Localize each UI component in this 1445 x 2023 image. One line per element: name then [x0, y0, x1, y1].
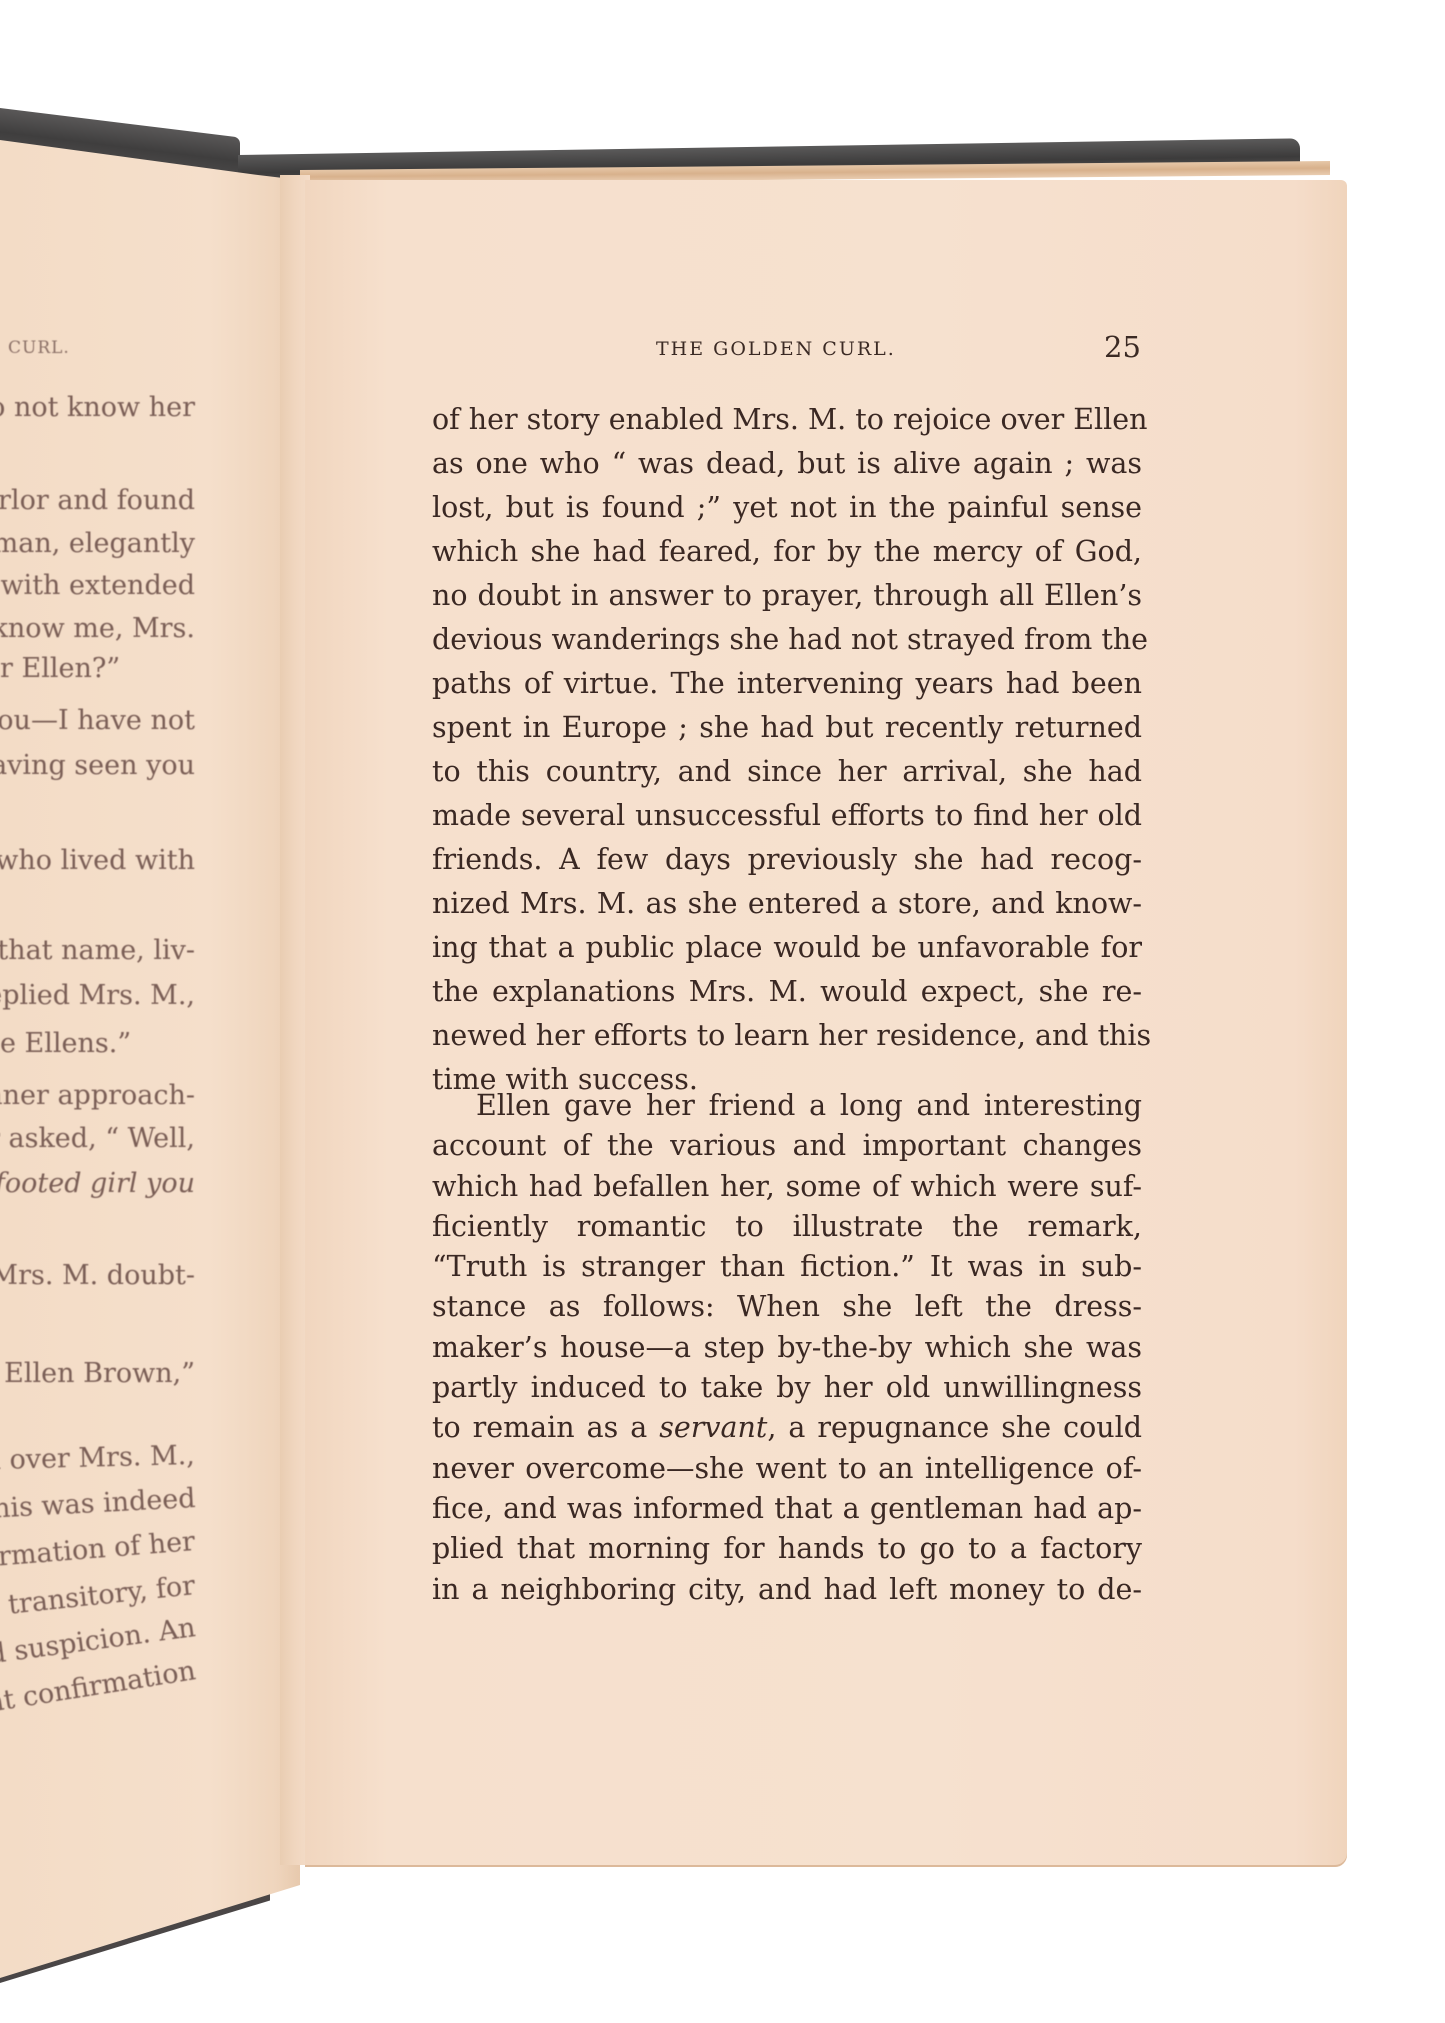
left-page-line: for if this was indeed: [0, 1483, 196, 1529]
text-line: plied that morning for hands to go to a …: [432, 1529, 1142, 1569]
left-page-line: bare-footed girl you: [0, 1168, 195, 1199]
text-line: lost, but is found ;” yet not in the pai…: [432, 486, 1142, 530]
left-page-line: Ellen, who lived with: [0, 845, 195, 876]
text-line: account of the various and important cha…: [432, 1126, 1142, 1166]
text-line: never overcome—she went to an intelligen…: [432, 1449, 1142, 1489]
left-running-head: CURL.: [8, 338, 70, 358]
left-page-line: e Ellens.”: [0, 1028, 131, 1059]
italic-word: servant: [659, 1411, 767, 1444]
text-line: “Truth is stranger than fiction.” It was…: [432, 1247, 1142, 1287]
text-line: which had befallen her, some of which we…: [432, 1167, 1142, 1207]
text-line: in a neighboring city, and had left mone…: [432, 1570, 1142, 1610]
left-page-line: ranger asked, “ Well,: [0, 1123, 195, 1154]
page-number: 25: [1104, 330, 1141, 364]
left-page-line: ber you—I have not: [0, 705, 195, 736]
text-line: paths of virtue. The intervening years h…: [432, 662, 1142, 706]
text-line: which she had feared, for by the mercy o…: [432, 530, 1142, 574]
text-fragment: to remain as a: [432, 1411, 647, 1444]
text-line: Ellen gave her friend a long and interes…: [432, 1086, 1142, 1126]
text-line: no doubt in answer to prayer, through al…: [432, 574, 1142, 618]
left-page-line: am that Ellen Brown,”: [0, 1358, 195, 1389]
paragraph-1: of her story enabled Mrs. M. to rejoice …: [432, 398, 1142, 1102]
text-fragment: , a repugnance she could: [767, 1411, 1142, 1444]
left-page-line: not know me, Mrs.: [0, 613, 195, 644]
left-page-line: of having seen you: [0, 750, 195, 781]
left-page-line: quired Mrs. M. doubt-: [0, 1260, 195, 1291]
text-line: devious wanderings she had not strayed f…: [432, 618, 1142, 662]
text-line: made several unsuccessful efforts to fin…: [432, 794, 1142, 838]
text-line: friends. A few days previously she had r…: [432, 838, 1142, 882]
text-line: as one who “ was dead, but is alive agai…: [432, 442, 1142, 486]
left-page-line: r Ellen?”: [0, 653, 120, 684]
text-line: spent in Europe ; she had but recently r…: [432, 706, 1142, 750]
left-page-line: ul woman, elegantly: [0, 528, 195, 559]
left-page-line: ou do not know her: [0, 392, 195, 423]
text-line: fice, and was informed that a gentleman …: [432, 1489, 1142, 1529]
text-line: to this country, and since her arrival, …: [432, 750, 1142, 794]
left-page-line: her with extended: [0, 570, 195, 601]
left-page-text: CURL. ou do not know herhe parlor and fo…: [0, 0, 300, 2023]
text-line: newed her efforts to learn her residence…: [432, 1014, 1142, 1058]
text-line: nized Mrs. M. as she entered a store, an…: [432, 882, 1142, 926]
text-line: ficiently romantic to illustrate the rem…: [432, 1207, 1142, 1247]
text-line: stance as follows: When she left the dre…: [432, 1287, 1142, 1327]
text-line: the explanations Mrs. M. would expect, s…: [432, 970, 1142, 1014]
paragraph-2: Ellen gave her friend a long and interes…: [432, 1086, 1142, 1610]
left-page-line: subsequent confirmation: [0, 1655, 197, 1739]
left-page-line: a confirmation of her: [0, 1526, 196, 1580]
text-line-with-italic: to remain as a servant, a repugnance she…: [432, 1408, 1142, 1448]
left-page-line: a manner approach-: [0, 1080, 195, 1111]
left-page-line: imes,” replied Mrs. M.,: [0, 980, 195, 1011]
running-head: THE GOLDEN CURL.: [656, 338, 1096, 360]
left-page-line: girls of that name, liv-: [0, 935, 195, 966]
left-page-line: r passed over Mrs. M.,: [0, 1440, 195, 1479]
text-line: of her story enabled Mrs. M. to rejoice …: [432, 398, 1142, 442]
text-line: maker’s house—a step by-the-by which she…: [432, 1328, 1142, 1368]
text-line: partly induced to take by her old unwill…: [432, 1368, 1142, 1408]
left-page-line: he parlor and found: [0, 485, 195, 516]
text-line: ing that a public place would be unfavor…: [432, 926, 1142, 970]
